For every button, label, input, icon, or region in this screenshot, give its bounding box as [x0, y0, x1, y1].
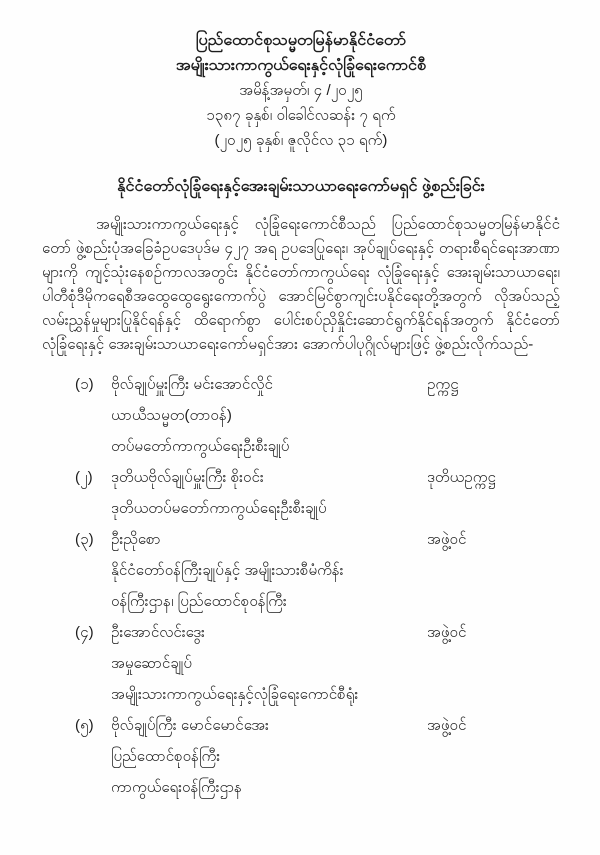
date-myanmar-era: ၁၃၈၇ ခုနှစ်၊ ဝါခေါင်လဆန်း ၇ ရက်: [42, 103, 560, 128]
member-name: ဗိုလ်ချုပ်မှူးကြီး မင်းအောင်လှိုင်: [111, 369, 427, 400]
member-row-2: (၂) ဒုတိယဗိုလ်ချုပ်မှူးကြီး စိုးဝင်း ဒုတ…: [75, 462, 560, 524]
member-role: ဥက္ကဋ္ဌ: [427, 369, 560, 400]
member-number: (၅): [75, 710, 111, 741]
member-role: အဖွဲ့ဝင်: [427, 710, 560, 741]
body-paragraph: အမျိုးသားကာကွယ်ရေးနှင့် လုံခြုံရေးကောင်စ…: [42, 213, 560, 357]
member-detail: တပ်မတော်ကာကွယ်ရေးဦးစီးချုပ်: [111, 431, 427, 462]
member-detail: ပြည်ထောင်စုဝန်ကြီး: [111, 741, 427, 772]
member-role: အဖွဲ့ဝင်: [427, 617, 560, 648]
member-detail: ကာကွယ်ရေးဝန်ကြီးဌာန: [111, 772, 427, 803]
document-header: ပြည်ထောင်စုသမ္မတမြန်မာနိုင်ငံတော် အမျိုး…: [42, 28, 560, 153]
council-name: အမျိုးသားကာကွယ်ရေးနှင့်လုံခြုံရေးကောင်စီ: [42, 53, 560, 78]
member-number: (၂): [75, 462, 111, 493]
member-name: ဒုတိယဗိုလ်ချုပ်မှူးကြီး စိုးဝင်း: [111, 462, 427, 493]
state-name: ပြည်ထောင်စုသမ္မတမြန်မာနိုင်ငံတော်: [42, 28, 560, 53]
member-list: (၁) ဗိုလ်ချုပ်မှူးကြီး မင်းအောင်လှိုင် ယ…: [42, 369, 560, 803]
document-title: နိုင်ငံတော်လုံခြုံရေးနှင့်အေးချမ်းသာယာရေ…: [42, 175, 560, 199]
member-detail: နိုင်ငံတော်ဝန်ကြီးချုပ်နှင့် အမျိုးသားစီ…: [111, 555, 427, 586]
member-row-4: (၄) ဦးအောင်လင်းဒွေး အမှုဆောင်ချုပ် အမျို…: [75, 617, 560, 710]
member-detail: အမှုဆောင်ချုပ်: [111, 648, 427, 679]
member-detail: ယာယီသမ္မတ(တာဝန်): [111, 400, 427, 431]
member-number: (၃): [75, 524, 111, 555]
member-main: ဒုတိယဗိုလ်ချုပ်မှူးကြီး စိုးဝင်း ဒုတိယတပ…: [111, 462, 427, 524]
member-main: ဦးညိုစော နိုင်ငံတော်ဝန်ကြီးချုပ်နှင့် အမ…: [111, 524, 427, 617]
date-gregorian: (၂၀၂၅ ခုနှစ်၊ ဇူလိုင်လ ၃၁ ရက်): [42, 128, 560, 153]
member-row-3: (၃) ဦးညိုစော နိုင်ငံတော်ဝန်ကြီးချုပ်နှင့…: [75, 524, 560, 617]
member-detail: ဒုတိယတပ်မတော်ကာကွယ်ရေးဦးစီးချုပ်: [111, 493, 427, 524]
member-main: ဗိုလ်ချုပ်မှူးကြီး မင်းအောင်လှိုင် ယာယီသ…: [111, 369, 427, 462]
member-name: ဗိုလ်ချုပ်ကြီး မောင်မောင်အေး: [111, 710, 427, 741]
member-number: (၁): [75, 369, 111, 400]
member-detail: အမျိုးသားကာကွယ်ရေးနှင့်လုံခြုံရေးကောင်စီ…: [111, 679, 427, 710]
order-number: အမိန့်အမှတ်၊ ၄ /၂၀၂၅: [42, 78, 560, 103]
member-role: ဒုတိယဥက္ကဋ္ဌ: [427, 462, 560, 493]
member-number: (၄): [75, 617, 111, 648]
member-row-5: (၅) ဗိုလ်ချုပ်ကြီး မောင်မောင်အေး ပြည်ထော…: [75, 710, 560, 803]
member-role: အဖွဲ့ဝင်: [427, 524, 560, 555]
member-name: ဦးညိုစော: [111, 524, 427, 555]
member-main: ဦးအောင်လင်းဒွေး အမှုဆောင်ချုပ် အမျိုးသား…: [111, 617, 427, 710]
member-name: ဦးအောင်လင်းဒွေး: [111, 617, 427, 648]
member-row-1: (၁) ဗိုလ်ချုပ်မှူးကြီး မင်းအောင်လှိုင် ယ…: [75, 369, 560, 462]
member-main: ဗိုလ်ချုပ်ကြီး မောင်မောင်အေး ပြည်ထောင်စု…: [111, 710, 427, 803]
scanned-document-page: ပြည်ထောင်စုသမ္မတမြန်မာနိုင်ငံတော် အမျိုး…: [0, 0, 600, 855]
member-detail: ဝန်ကြီးဌာန၊ ပြည်ထောင်စုဝန်ကြီး: [111, 586, 427, 617]
